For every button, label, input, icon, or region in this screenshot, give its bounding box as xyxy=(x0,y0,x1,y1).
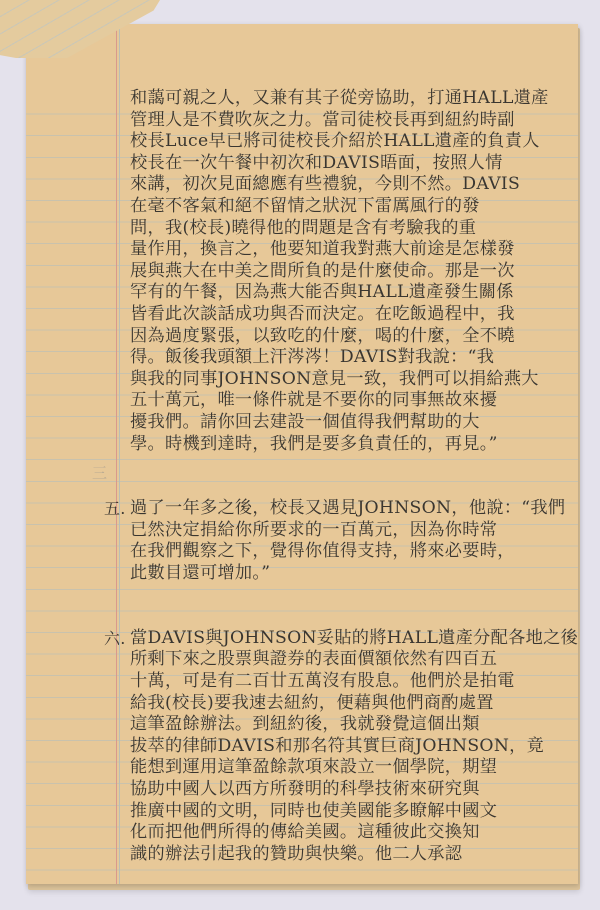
text-line: 能想到運用這筆盈餘款項來設立一個學院，期望 xyxy=(130,757,580,779)
text-line: 拔萃的律師DAVIS和那名符其實巨商JOHNSON，竟 xyxy=(130,736,580,758)
text-line: 協助中國人以西方所發明的科學技術來研究與 xyxy=(130,779,580,801)
text-line: 給我(校長)要我速去紐約，便藉與他們商酌處置 xyxy=(130,693,580,715)
text-line: 十萬，可是有二百廿五萬沒有股息。他們於是拍電 xyxy=(130,671,580,693)
blank-line xyxy=(130,606,580,628)
text-line: 擾我們。請你回去建設一個值得我們幫助的大 xyxy=(130,412,580,434)
text-line: 過了一年多之後，校長又遇見JOHNSON，他說：“我們 xyxy=(130,498,580,520)
text-line: 和藹可親之人，又兼有其子從旁協助，打通HALL遺產 xyxy=(130,88,580,110)
manuscript-page: 三 和藹可親之人，又兼有其子從旁協助，打通HALL遺產 管理人是不費吹灰之力。當… xyxy=(26,24,578,884)
section-number: 六. xyxy=(104,628,126,650)
section-six: 六. 當DAVIS與JOHNSON妥貼的將HALL遺產分配各地之後 所剩下來之股… xyxy=(130,628,580,866)
text-line: 當DAVIS與JOHNSON妥貼的將HALL遺產分配各地之後 xyxy=(130,628,580,650)
text-line: 在我們觀察之下，覺得你值得支持，將來必要時， xyxy=(130,541,580,563)
text-line: 在毫不客氣和絕不留情之狀況下雷厲風行的發 xyxy=(130,196,580,218)
text-line: 皆看此次談話成功與否而決定。在吃飯過程中，我 xyxy=(130,304,580,326)
text-line: 展與燕大在中美之間所負的是什麼使命。那是一次 xyxy=(130,261,580,283)
text-line: 這筆盈餘辦法。到紐約後，我就發覺這個出類 xyxy=(130,714,580,736)
text-line: 化而把他們所得的傳給美國。這種彼此交換知 xyxy=(130,822,580,844)
text-line: 因為過度緊張，以致吃的什麼，喝的什麼，全不曉 xyxy=(130,326,580,348)
section-number: 五. xyxy=(104,498,126,520)
text-line: 與我的同事JOHNSON意見一致，我們可以捐給燕大 xyxy=(130,369,580,391)
text-line: 推廣中國的文明，同時也使美國能多瞭解中國文 xyxy=(130,801,580,823)
text-line: 所剩下來之股票與證券的表面價額依然有四百五 xyxy=(130,649,580,671)
text-line: 校長Luce早已將司徒校長介紹於HALL遺產的負責人 xyxy=(130,131,580,153)
blank-line xyxy=(130,455,580,477)
continuation-paragraph: 和藹可親之人，又兼有其子從旁協助，打通HALL遺產 管理人是不費吹灰之力。當司徒… xyxy=(130,88,580,455)
text-line: 學。時機到達時，我們是要多負責任的，再見。” xyxy=(130,434,580,456)
text-line: 得。飯後我頭額上汗涔涔！DAVIS對我說：“我 xyxy=(130,347,580,369)
margin-pencil-mark: 三 xyxy=(92,462,107,483)
manuscript-text: 和藹可親之人，又兼有其子從旁協助，打通HALL遺產 管理人是不費吹灰之力。當司徒… xyxy=(130,88,580,865)
text-line: 識的辦法引起我的贊助與快樂。他二人承認 xyxy=(130,844,580,866)
text-line: 已然決定捐給你所要求的一百萬元，因為你時常 xyxy=(130,520,580,542)
text-line: 來講，初次見面總應有些禮貌，今則不然。DAVIS xyxy=(130,174,580,196)
text-line: 五十萬元，唯一條件就是不要你的同事無故來擾 xyxy=(130,390,580,412)
text-line: 罕有的午餐，因為燕大能否與HALL遺產發生關係 xyxy=(130,282,580,304)
red-margin-line xyxy=(116,24,117,884)
blank-line xyxy=(130,477,580,499)
text-line: 量作用，換言之，他要知道我對燕大前途是怎樣發 xyxy=(130,239,580,261)
section-five: 五. 過了一年多之後，校長又遇見JOHNSON，他說：“我們 已然決定捐給你所要… xyxy=(130,498,580,584)
blank-line xyxy=(130,585,580,607)
text-line: 管理人是不費吹灰之力。當司徒校長再到紐約時副 xyxy=(130,110,580,132)
margin-line-inner xyxy=(119,24,120,884)
text-line: 校長在一次午餐中初次和DAVIS晤面，按照人情 xyxy=(130,153,580,175)
text-line: 此數目還可增加。” xyxy=(130,563,580,585)
text-line: 問，我(校長)曉得他的問題是含有考驗我的重 xyxy=(130,218,580,240)
